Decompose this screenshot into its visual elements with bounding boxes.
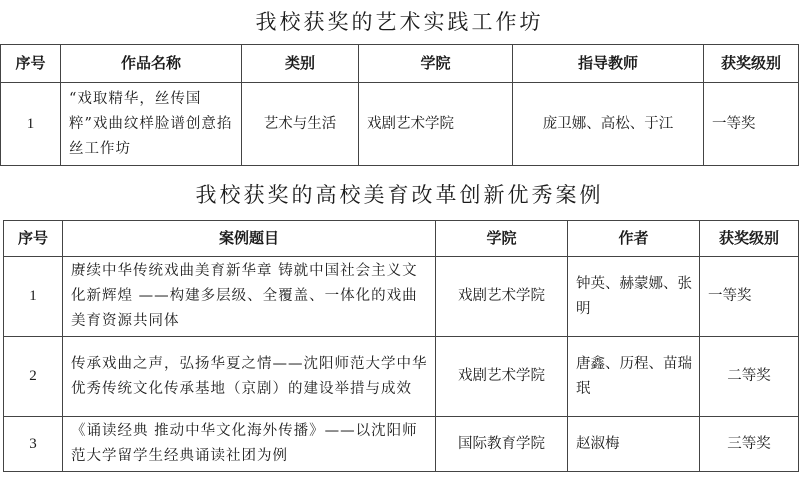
cell-award: 一等奖	[700, 257, 799, 337]
cell-index: 3	[4, 417, 63, 472]
header-authors: 作者	[568, 221, 700, 257]
header-index: 序号	[4, 221, 63, 257]
table-header-row: 序号 案例题目 学院 作者 获奖级别	[4, 221, 799, 257]
header-college: 学院	[359, 45, 513, 83]
cell-index: 2	[4, 337, 63, 417]
section1-title: 我校获奖的艺术实践工作坊	[0, 6, 799, 36]
table-header-row: 序号 作品名称 类别 学院 指导教师 获奖级别	[1, 45, 799, 83]
header-advisors: 指导教师	[513, 45, 704, 83]
cell-authors: 钟英、赫蒙娜、张明	[568, 257, 700, 337]
cell-case-topic: 传承戏曲之声，弘扬华夏之情——沈阳师范大学中华优秀传统文化传承基地（京剧）的建设…	[63, 337, 436, 417]
cell-case-topic: 《诵读经典 推动中华文化海外传播》——以沈阳师范大学留学生经典诵读社团为例	[63, 417, 436, 472]
cell-work-name: “戏取精华，丝传国粹”戏曲纹样脸谱创意掐丝工作坊	[61, 83, 242, 166]
header-work-name: 作品名称	[61, 45, 242, 83]
aesthetic-education-cases-table: 序号 案例题目 学院 作者 获奖级别 1 赓续中华传统戏曲美育新华章 铸就中国社…	[3, 220, 799, 472]
cell-college: 戏剧艺术学院	[436, 337, 568, 417]
header-index: 序号	[1, 45, 61, 83]
header-college: 学院	[436, 221, 568, 257]
table-row: 1 “戏取精华，丝传国粹”戏曲纹样脸谱创意掐丝工作坊 艺术与生活 戏剧艺术学院 …	[1, 83, 799, 166]
cell-authors: 赵淑梅	[568, 417, 700, 472]
header-award: 获奖级别	[700, 221, 799, 257]
cell-award: 二等奖	[700, 337, 799, 417]
cell-advisors: 庞卫娜、高松、于江	[513, 83, 704, 166]
cell-college: 国际教育学院	[436, 417, 568, 472]
art-workshop-table: 序号 作品名称 类别 学院 指导教师 获奖级别 1 “戏取精华，丝传国粹”戏曲纹…	[0, 44, 799, 166]
header-case-topic: 案例题目	[63, 221, 436, 257]
table-row: 1 赓续中华传统戏曲美育新华章 铸就中国社会主义文化新辉煌 ——构建多层级、全覆…	[4, 257, 799, 337]
cell-award: 一等奖	[704, 83, 799, 166]
cell-award: 三等奖	[700, 417, 799, 472]
table-row: 2 传承戏曲之声，弘扬华夏之情——沈阳师范大学中华优秀传统文化传承基地（京剧）的…	[4, 337, 799, 417]
cell-case-topic: 赓续中华传统戏曲美育新华章 铸就中国社会主义文化新辉煌 ——构建多层级、全覆盖、…	[63, 257, 436, 337]
header-award: 获奖级别	[704, 45, 799, 83]
cell-index: 1	[4, 257, 63, 337]
cell-college: 戏剧艺术学院	[359, 83, 513, 166]
cell-authors: 唐鑫、历程、苗瑞珉	[568, 337, 700, 417]
table-row: 3 《诵读经典 推动中华文化海外传播》——以沈阳师范大学留学生经典诵读社团为例 …	[4, 417, 799, 472]
cell-college: 戏剧艺术学院	[436, 257, 568, 337]
section2-title: 我校获奖的高校美育改革创新优秀案例	[0, 179, 799, 209]
cell-category: 艺术与生活	[242, 83, 359, 166]
header-category: 类别	[242, 45, 359, 83]
cell-index: 1	[1, 83, 61, 166]
